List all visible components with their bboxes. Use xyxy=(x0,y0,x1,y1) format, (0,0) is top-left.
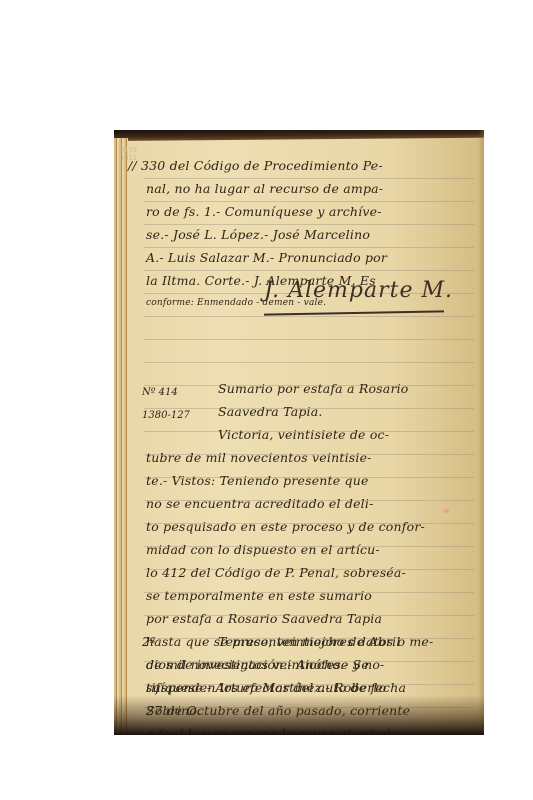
text-line: de mil novecientos veintiocho.- Se xyxy=(128,653,470,676)
book-bottom-shadow xyxy=(114,695,484,735)
text-line: A.- Luis Salazar M.- Pronunciado por xyxy=(128,246,470,269)
entry-title-line: Sumario por estafa a Rosario xyxy=(128,377,470,400)
text-line: to pesquisado en este proceso y de confo… xyxy=(128,515,470,538)
page-right-edge xyxy=(478,130,484,735)
signature: J. Alemparte M. xyxy=(264,278,453,303)
text-line: por estafa a Rosario Saavedra Tapia xyxy=(128,607,470,630)
text-line: te.- Vistos: Teniendo presente que xyxy=(128,469,470,492)
entry-title-line: Saavedra Tapia. xyxy=(128,400,470,423)
text-line: Victoria, veintisiete de oc- xyxy=(128,423,470,446)
text-line: // 330 del Código de Procedimiento Pe- xyxy=(128,154,470,177)
text-line: se temporalmente en este sumario xyxy=(128,584,470,607)
text-line: midad con lo dispuesto en el artícu- xyxy=(128,538,470,561)
pink-speck xyxy=(444,509,449,513)
text-line: no se encuentra acreditado el deli- xyxy=(128,492,470,515)
text-line: nal, no ha lugar al recurso de ampa- xyxy=(128,177,470,200)
text-line: ro de fs. 1.- Comuníquese y archíve- xyxy=(128,200,470,223)
page-stack-edge xyxy=(114,138,128,735)
text-line: Temuco, veintiocho de Abril xyxy=(128,630,470,653)
ledger-page-photo: 0179 1011 // 330 del Código de Procedimi… xyxy=(114,130,484,735)
text-line: lo 412 del Código de P. Penal, sobreséa- xyxy=(128,561,470,584)
text-line: tubre de mil novecientos veintisie- xyxy=(128,446,470,469)
book-top-edge xyxy=(114,130,484,141)
text-line: se.- José L. López.- José Marcelino xyxy=(128,223,470,246)
